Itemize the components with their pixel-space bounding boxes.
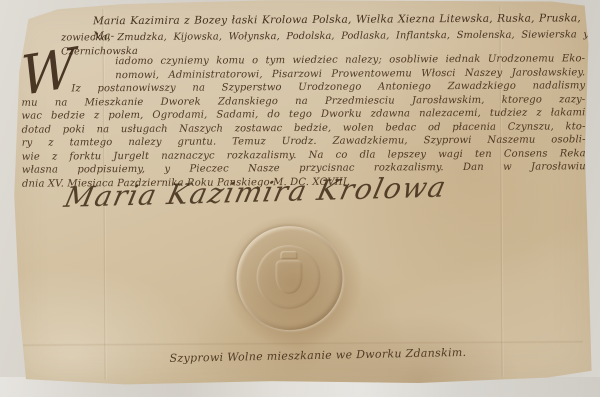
docket-note: Szyprowi Wolne mieszkanie we Dworku Zdan… [153, 346, 483, 366]
seal-coat-of-arms [275, 260, 302, 294]
seal-crown-emblem [280, 251, 297, 259]
embossed-paper-seal [236, 226, 347, 335]
photo-of-manuscript: { "colors": { "table_surface": "#d7d3cc"… [0, 0, 600, 397]
body-text: iadomo czyniemy komu o tym wiedziec nale… [21, 52, 586, 190]
manuscript-paper: Maria Kazimira z Bozey łaski Krolowa Pol… [5, 0, 595, 388]
